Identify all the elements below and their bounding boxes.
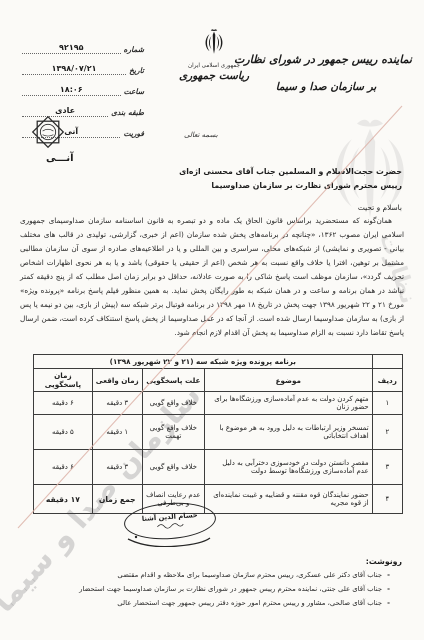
cell-actual-time: ۳ دقیقه — [92, 392, 142, 415]
urgency-mark: آنـــی — [46, 153, 74, 164]
cell-row-number: ۱ — [372, 392, 402, 415]
cell-row-number: ۳ — [372, 450, 402, 485]
star-seal-stamp-icon — [30, 114, 66, 150]
registry-field-label: شماره — [124, 45, 144, 54]
registry-field-number: شماره ۹۲۱۹۵ — [22, 40, 144, 54]
table-row: ۲ تمسخر وزیر ارتباطات به دلیل ورود به هر… — [34, 415, 403, 450]
response-times-table: برنامه پرونده ویژه شبکه سه (۲۱ و ۲۲ شهری… — [33, 354, 403, 514]
addressee-line1: حضرت حجت‌الاسلام و المسلمین جناب آقای مح… — [179, 165, 402, 179]
registry-field-time: ساعت ۱۸:۰۶ — [22, 82, 144, 96]
cell-reason: خلاف واقع گویی — [142, 392, 204, 415]
cell-response-time: ۶ دقیقه — [34, 392, 93, 415]
registry-field-label: ساعت — [124, 87, 144, 96]
signature-tail-icon — [126, 533, 212, 547]
letter-content: شماره ۹۲۱۹۵ تاریخ ۱۳۹۸/۰۷/۲۱ ساعت ۱۸:۰۶ … — [0, 0, 424, 640]
office-title-line1: نماینده رییس جمهور در شورای نظارت — [240, 52, 412, 67]
header-subject: موضوع — [204, 369, 372, 392]
cell-row-number: ۲ — [372, 415, 402, 450]
header-response-time: زمان پاسخگویی — [34, 369, 93, 392]
cell-reason: خلاف واقع گویی تهمت — [142, 415, 204, 450]
cc-block: رونوشت: - جناب آقای دکتر علی عسکری، رییس… — [22, 557, 402, 610]
besmellah-text: بسمه تعالی — [184, 131, 218, 139]
scanned-letter-page: سازمان صدا و سیما نظارت شماره ۹۲۱۹۵ تاری… — [0, 0, 424, 640]
cell-total-time: ۱۷ دقیقه — [34, 485, 93, 514]
signature-squiggle-icon — [155, 519, 186, 530]
signature-seal: حسام الدین آشنا — [124, 501, 218, 547]
letter-body: همان‌گونه که مستحضرید براساس قانون الحاق… — [20, 214, 404, 340]
registry-field-value: ۹۲۱۹۵ — [22, 43, 121, 54]
dash-bullet-icon: - — [387, 569, 390, 583]
cell-subject: تمسخر وزیر ارتباطات به دلیل ورود به هر م… — [204, 415, 372, 450]
cell-actual-time: ۳ دقیقه — [92, 450, 142, 485]
dash-bullet-icon: - — [387, 597, 390, 611]
cc-item-text: جناب آقای دکتر علی عسکری، رییس محترم ساز… — [117, 569, 382, 583]
cc-item: - جناب آقای صالحی، مشاور و رییس محترم ام… — [22, 597, 402, 611]
cc-item-text: جناب آقای علی جنتی، نماینده محترم رییس ج… — [79, 583, 382, 597]
dash-bullet-icon: - — [387, 583, 390, 597]
office-title: نماینده رییس جمهور در شورای نظارت بر ساز… — [240, 52, 412, 93]
table-header-row: ردیف موضوع علت پاسخگویی زمان واقعی زمان … — [34, 369, 403, 392]
cc-item-text: جناب آقای صالحی، مشاور و رییس محترم امور… — [117, 597, 382, 611]
table-row: ۱ متهم کردن دولت به عدم آماده‌سازی ورزشگ… — [34, 392, 403, 415]
table-row: ۴ حضور نمایندگان قوه مقننه و قضاییه و غی… — [34, 485, 403, 514]
cell-subject: متهم کردن دولت به عدم آماده‌سازی ورزشگاه… — [204, 392, 372, 415]
table-title: برنامه پرونده ویژه شبکه سه (۲۱ و ۲۲ شهری… — [34, 355, 373, 369]
cc-item: - جناب آقای دکتر علی عسکری، رییس محترم س… — [22, 569, 402, 583]
header-row-number: ردیف — [372, 369, 402, 392]
iran-emblem-icon — [201, 26, 227, 58]
cell-subject: مقصر دانستن دولت در خودسوزی دخترآبی به د… — [204, 450, 372, 485]
cc-label: رونوشت: — [22, 557, 402, 566]
registry-field-date: تاریخ ۱۳۹۸/۰۷/۲۱ — [22, 61, 144, 75]
cell-actual-time: ۱ دقیقه — [92, 415, 142, 450]
registry-field-label: طبقه بندی — [111, 108, 144, 117]
cell-subject: حضور نمایندگان قوه مقننه و قضاییه و غیبت… — [204, 485, 372, 514]
header-reason: علت پاسخگویی — [142, 369, 204, 392]
cell-response-time: ۶ دقیقه — [34, 450, 93, 485]
addressee-line2: رییس محترم شورای نظارت بر سازمان صداوسیم… — [179, 179, 402, 193]
registry-field-label: تاریخ — [129, 66, 144, 75]
cc-item: - جناب آقای علی جنتی، نماینده محترم رییس… — [22, 583, 402, 597]
registry-field-label: فوریت — [123, 129, 144, 138]
cell-reason: خلاف واقع گویی — [142, 450, 204, 485]
salutation: باسلام و تحیت — [358, 203, 402, 212]
office-title-line2: بر سازمان صدا و سیما — [240, 81, 412, 93]
registry-field-value: ۱۳۹۸/۰۷/۲۱ — [22, 64, 126, 75]
cell-response-time: ۵ دقیقه — [34, 415, 93, 450]
cell-row-number: ۴ — [372, 485, 402, 514]
table-empty-corner-cell — [372, 355, 402, 369]
table-row: ۳ مقصر دانستن دولت در خودسوزی دخترآبی به… — [34, 450, 403, 485]
table-title-row: برنامه پرونده ویژه شبکه سه (۲۱ و ۲۲ شهری… — [34, 355, 403, 369]
addressee-block: حضرت حجت‌الاسلام و المسلمین جناب آقای مح… — [179, 165, 402, 194]
registry-field-value: ۱۸:۰۶ — [22, 85, 121, 96]
header-actual-time: زمان واقعی — [92, 369, 142, 392]
